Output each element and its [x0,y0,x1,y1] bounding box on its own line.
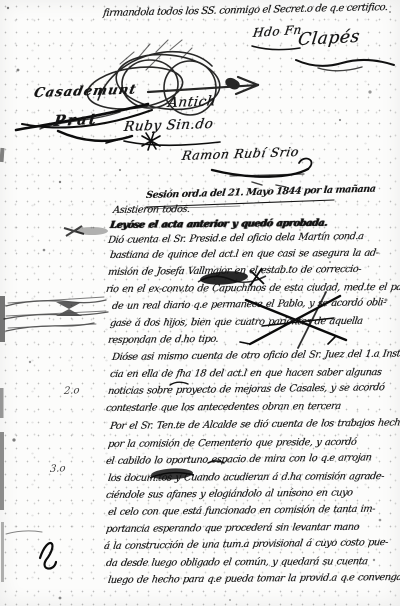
body-line: el cabildo lo oportuno espacio de mira c… [105,452,372,467]
body-line: á la construcción de una tum.a provision… [103,537,388,552]
secretary-flourish-icon [212,159,312,187]
body-line: Dióse asi mismo cuenta de otro oficio de… [111,348,400,363]
body-line: contestarle que los antecedentes obran e… [105,401,341,414]
body-line: Dió cuenta el Sr. Presid.e del oficio de… [107,231,364,246]
signature-secretary: Ramon Rubí Srio [181,144,301,163]
signature-antich: Antich [167,93,217,111]
manuscript-page: firmandola todos los SS. conmigo el Secr… [0,0,400,606]
margin-mark-2: 2.o [64,385,81,397]
body-line: portancia esperando que procederá sin le… [105,522,359,535]
body-line: ciéndole sus afanes y elogiándolo al uní… [105,487,353,501]
margin-mark-3: 3.o [50,463,67,475]
edge-smudges-icon [0,148,5,582]
signature-ruby: Ruby Sin.do [123,116,215,135]
body-line: respondan de d.ho tipo. [107,334,219,346]
body-line: noticias sobre proyecto de mejoras de Ca… [107,382,385,397]
signature-witness: Hdo Fn [252,23,303,41]
clapes-underline-icon [296,60,394,71]
signature-casademunt: Casademunt [32,82,138,101]
margin-struck-note-icon [4,297,108,331]
body-line: de un real diario q.e permanece el Pablo… [111,297,386,312]
body-line: el celo con que está funcionado en comis… [107,504,375,518]
body-line: cia en ella de fha 18 del act.l en que h… [109,367,382,380]
body-line: Leyóse el acta anterior y quedó aprobada… [109,218,327,231]
body-line: bastiana de quince del act.l en que casi… [109,248,379,261]
prat-flourish-icon [58,131,132,143]
body-line: los docum.tos y Cuando acudieran á d.ha … [107,471,384,484]
body-line: Asistieron todos. [112,204,190,216]
signature-prat: Prat [53,110,99,130]
leyose-smudge-icon [64,226,108,236]
bottom-margin-flourish-icon [6,531,56,569]
body-line: por la comisión de Cementerio que presid… [107,437,357,450]
session-heading: Sesión ord.a del 21. Mayo 1844 por la ma… [145,184,376,201]
witness-underline-icon [252,46,300,50]
signature-clapes: Clapés [297,27,361,50]
closing-statement: firmandola todos los SS. conmigo el Secr… [102,2,388,19]
body-line: misión de Josefa Vallmajor en el estab.t… [107,264,361,278]
body-line: luego de hecho para q.e pueda tomar la p… [107,572,400,586]
body-line: Por el Sr. Ten.te de Alcalde se dió cuen… [109,417,400,432]
body-line: rio en el ex-conv.to de Capuchinos de es… [105,282,400,295]
body-line: gase á dos hijos, bien que cuatro parien… [109,316,363,329]
body-line: da desde luego obligado el común, y qued… [105,556,368,569]
